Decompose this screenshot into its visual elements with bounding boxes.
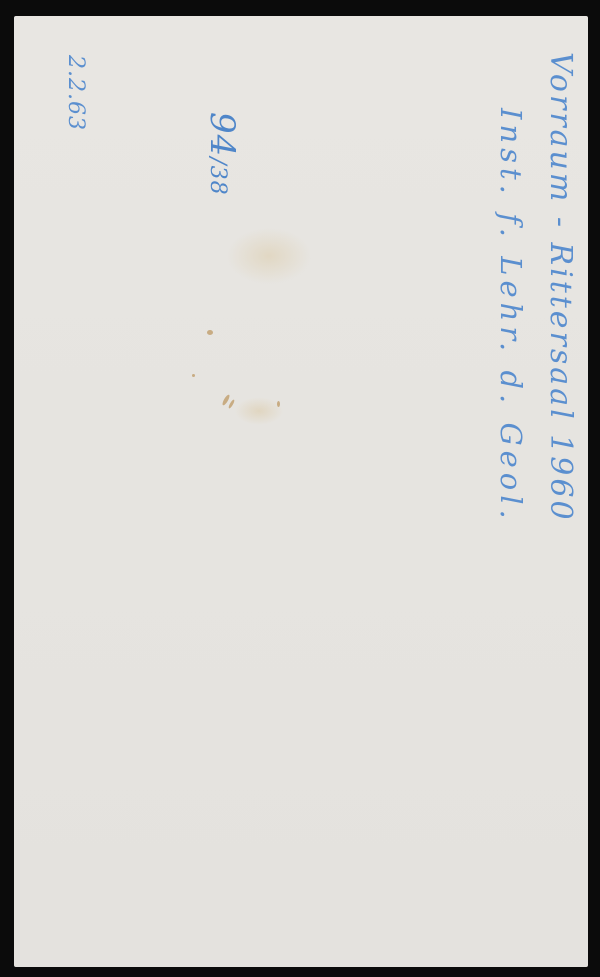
shelf-number-main: 94	[202, 112, 242, 157]
stain-spot	[207, 330, 213, 335]
handwritten-date: 2.2.63	[63, 55, 88, 131]
shelf-number-fraction: /38	[205, 157, 230, 195]
handwritten-line-institute: Inst. f. Lehr. d. Geol.	[494, 108, 528, 524]
stain-spot	[277, 401, 280, 407]
stain-spot	[228, 399, 236, 409]
stain-spot	[192, 374, 195, 377]
handwritten-shelf-number: 94/38	[202, 112, 242, 196]
handwritten-line-location: Vorraum - Rittersaal 1960	[543, 52, 578, 523]
